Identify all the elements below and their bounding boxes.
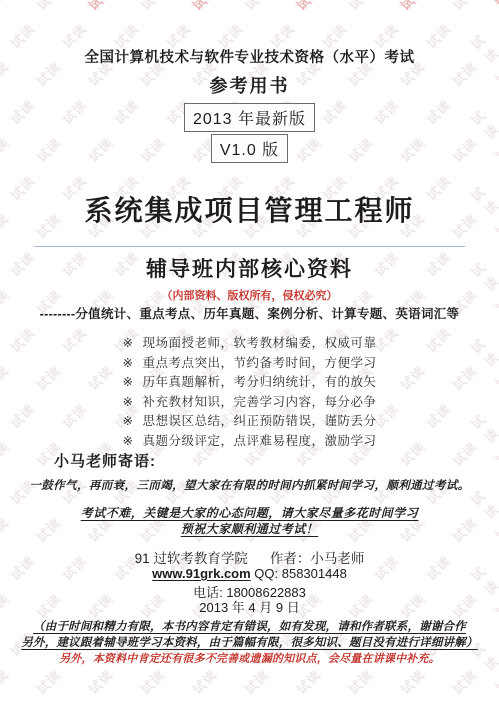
date-line: 2013 年 4 月 9 日	[0, 597, 499, 616]
reference-mark-icon: ※	[123, 375, 134, 389]
book-type: 参考用书	[0, 72, 499, 98]
feature-item: ※重点考点突出，节约备考时间，方便学习	[0, 354, 499, 374]
edition-badge: 2013 年最新版	[184, 103, 315, 132]
version-badge: V1.0 版	[211, 134, 288, 163]
feature-text: 思想误区总结，纠正预防错误，谨防丢分	[142, 414, 376, 428]
teacher-motto: 一鼓作气，再而衰，三而竭，望大家在有限的时间内抓紧时间学习，顺利通过考试。	[0, 477, 499, 493]
feature-text: 补充教材知识，完善学习内容，每分必争	[142, 395, 376, 409]
disclaimer-line-1: （由于时间和精力有限，本书内容肯定有错误，如有发现，请和作者联系，谢谢合作	[0, 618, 499, 634]
feature-list: ※现场面授老师，软考教材编委，权威可靠※重点考点突出，节约备考时间，方便学习※历…	[0, 334, 499, 451]
disclaimer-red-line: 另外，本资料中肯定还有很多不完善或遗漏的知识点，会尽量在讲课中补充。	[0, 650, 499, 666]
exam-title: 全国计算机技术与软件专业技术资格（水平）考试	[0, 46, 499, 67]
feature-text: 现场面授老师，软考教材编委，权威可靠	[142, 336, 376, 350]
copyright-note: （内部资料、版权所有，侵权必究）	[0, 287, 499, 303]
author-name: 作者：小马老师	[270, 551, 365, 566]
wish-line-2: 预祝大家顺利通过考试！	[0, 520, 499, 537]
title-divider	[34, 246, 465, 247]
feature-item: ※历年真题解析，考分归纳统计，有的放矢	[0, 373, 499, 393]
reference-mark-icon: ※	[123, 395, 134, 409]
content-layer: 全国计算机技术与软件专业技术资格（水平）考试 参考用书 2013 年最新版 V1…	[0, 0, 499, 706]
qq-number: QQ: 858301448	[254, 566, 347, 581]
topics-line: --------分值统计、重点考点、历年真题、案例分析、计算专题、英语词汇等	[0, 304, 499, 322]
org-author-line: 91 过软考教育学院作者：小马老师	[0, 547, 499, 567]
website-qq-line: www.91grk.com QQ: 858301448	[0, 566, 499, 581]
reference-mark-icon: ※	[123, 434, 134, 448]
feature-text: 历年真题解析，考分归纳统计，有的放矢	[142, 375, 376, 389]
reference-mark-icon: ※	[123, 336, 134, 350]
reference-mark-icon: ※	[123, 414, 134, 428]
version-badge-row: V1.0 版	[0, 134, 499, 163]
feature-item: ※现场面授老师，软考教材编委，权威可靠	[0, 334, 499, 354]
website-url: www.91grk.com	[152, 566, 251, 581]
subtitle: 辅导班内部核心资料	[0, 253, 499, 283]
teacher-note-title: 小马老师寄语:	[54, 450, 156, 471]
feature-text: 真题分级评定，点评难易程度，激励学习	[142, 434, 376, 448]
document-page: { "header": { "line1": "全国计算机技术与软件专业技术资格…	[0, 0, 499, 706]
feature-item: ※真题分级评定，点评难易程度，激励学习	[0, 432, 499, 452]
feature-text: 重点考点突出，节约备考时间，方便学习	[142, 356, 376, 370]
wish-line-1: 考试不难，关键是大家的心态问题，请大家尽量多花时间学习	[0, 504, 499, 521]
feature-item: ※思想误区总结，纠正预防错误，谨防丢分	[0, 412, 499, 432]
org-name: 91 过软考教育学院	[135, 551, 248, 566]
reference-mark-icon: ※	[123, 356, 134, 370]
main-title: 系统集成项目管理工程师	[0, 189, 499, 229]
edition-badge-row: 2013 年最新版	[0, 103, 499, 132]
feature-item: ※补充教材知识，完善学习内容，每分必争	[0, 393, 499, 413]
disclaimer-line-2: 另外，建议跟着辅导班学习本资料，由于篇幅有限，很多知识、题目没有进行详细讲解）	[0, 634, 499, 650]
